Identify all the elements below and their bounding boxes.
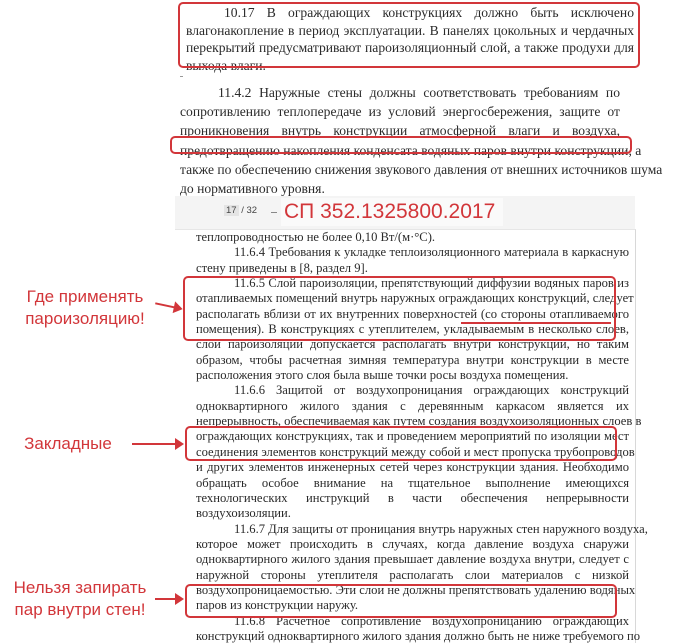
highlight-box-11-6-6 xyxy=(185,426,617,461)
text-line: 11.6.7 Для защиты от проницания внутрь н… xyxy=(196,522,629,537)
highlight-box-11-6-7 xyxy=(185,584,617,618)
text-line: 11.6.4 Требования к укладке теплоизоляци… xyxy=(196,245,629,260)
text-line: теплопроводностью не более 0,10 Вт/(м·°С… xyxy=(196,230,629,245)
underline-heated-side xyxy=(461,322,611,324)
document-title: СП 352.1325800.2017 xyxy=(281,198,503,226)
note-no-trap-vapor: Нельзя запирать пар внутри стен! xyxy=(6,577,154,621)
text-line: 11.4.2 Наружные стены должны соответство… xyxy=(180,83,620,102)
text-line: образом, чтобы расчетная зимняя температ… xyxy=(196,353,629,368)
note-vapor-barrier: Где применять пароизоляцию! xyxy=(10,286,160,330)
highlight-box-11-4-2 xyxy=(170,136,632,154)
arrow-right-icon xyxy=(155,598,182,600)
note-line: Где применять xyxy=(10,286,160,308)
total-pages: / 32 xyxy=(241,205,257,216)
text-line: 11.6.6 Защитой от воздухопроницания огра… xyxy=(196,383,629,398)
text-line: также по обеспечению снижения звукового … xyxy=(180,160,620,179)
highlight-box-10-17 xyxy=(178,2,640,68)
text-line: одноквартирного жилого здания превышает … xyxy=(196,552,629,567)
text-line: конструкций одноквартирного жилого здани… xyxy=(196,629,629,643)
page-counter: 17 / 32 xyxy=(224,205,257,216)
text-line: наружной стороны утеплителя располагать … xyxy=(196,568,629,583)
scan-artifact xyxy=(180,76,183,77)
zoom-out-icon[interactable] xyxy=(271,212,277,213)
note-line: Закладные xyxy=(18,433,118,455)
text-line: обращать особое внимание на тщательное в… xyxy=(196,476,629,491)
note-embedded-parts: Закладные xyxy=(18,433,118,455)
text-line: которое может происходить в случаях, ког… xyxy=(196,537,629,552)
text-line: одноквартирного жилого здания с деревянн… xyxy=(196,399,629,414)
text-line: и других элементов инженерных сетей чере… xyxy=(196,460,629,475)
text-line: стену приведены в [8, раздел 9]. xyxy=(196,261,629,276)
text-line: расположения этого слоя была выше точки … xyxy=(196,368,629,383)
highlight-box-11-6-5 xyxy=(183,276,616,341)
note-line: Нельзя запирать xyxy=(6,577,154,599)
note-line: пароизоляцию! xyxy=(10,308,160,330)
text-line: технологических инструкций в части обесп… xyxy=(196,491,629,506)
arrow-right-icon xyxy=(132,443,182,445)
current-page-field[interactable]: 17 xyxy=(224,205,239,216)
note-line: пар внутри стен! xyxy=(6,599,154,621)
text-line: сопротивлению теплопередаче из условий э… xyxy=(180,102,620,121)
text-line: воздухоизоляции. xyxy=(196,506,629,521)
